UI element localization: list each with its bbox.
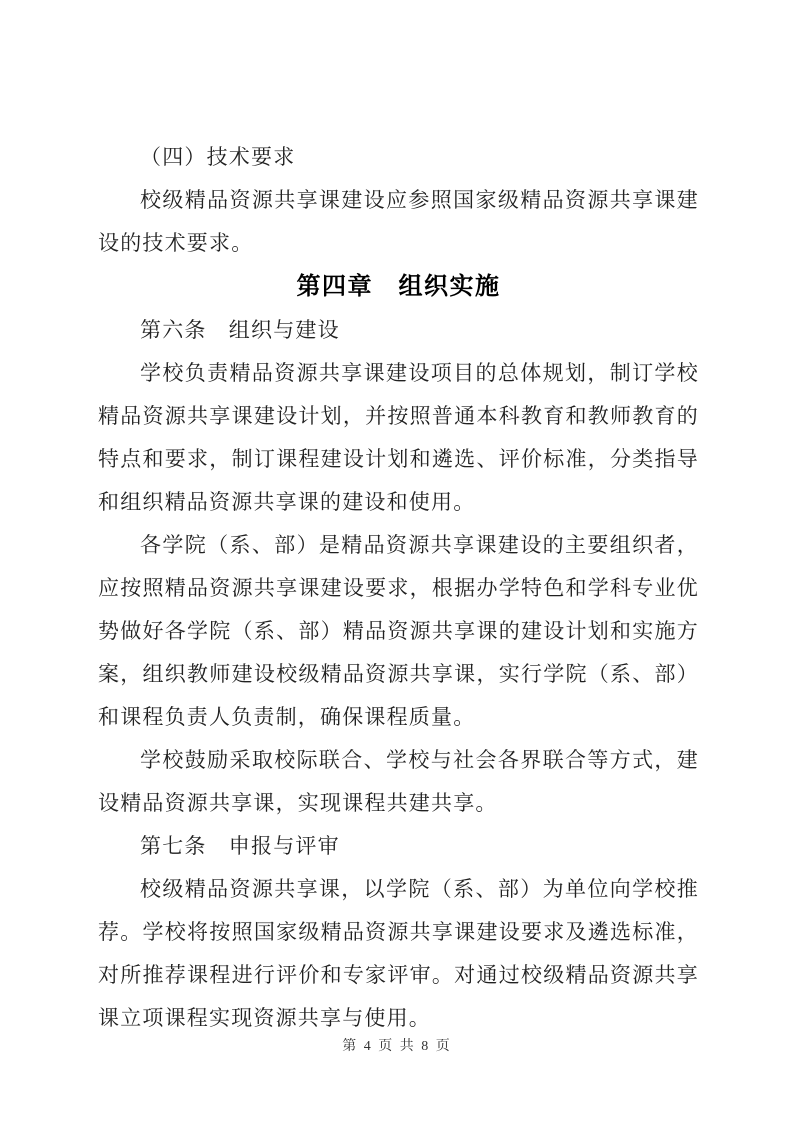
chapter-heading-organization-implementation: 第四章 组织实施 <box>98 265 699 309</box>
document-body: （四）技术要求 校级精品资源共享课建设应参照国家级精品资源共享课建设的技术要求。… <box>98 136 699 1040</box>
page-number-footer: 第 4 页 共 8 页 <box>0 1035 794 1055</box>
paragraph-school-responsibility: 学校负责精品资源共享课建设项目的总体规划，制订学校精品资源共享课建设计划，并按照… <box>98 352 699 524</box>
paragraph-college-responsibility: 各学院（系、部）是精品资源共享课建设的主要组织者，应按照精品资源共享课建设要求，… <box>98 524 699 739</box>
paragraph-application-review: 校级精品资源共享课，以学院（系、部）为单位向学校推荐。学校将按照国家级精品资源共… <box>98 868 699 1040</box>
section-label-technical-requirements: （四）技术要求 <box>98 136 699 179</box>
paragraph-technical-requirements-body: 校级精品资源共享课建设应参照国家级精品资源共享课建设的技术要求。 <box>98 179 699 265</box>
paragraph-encourage-cooperation: 学校鼓励采取校际联合、学校与社会各界联合等方式，建设精品资源共享课，实现课程共建… <box>98 739 699 825</box>
document-page: （四）技术要求 校级精品资源共享课建设应参照国家级精品资源共享课建设的技术要求。… <box>0 0 794 1123</box>
article-7-heading: 第七条 申报与评审 <box>98 825 699 868</box>
article-6-heading: 第六条 组织与建设 <box>98 309 699 352</box>
